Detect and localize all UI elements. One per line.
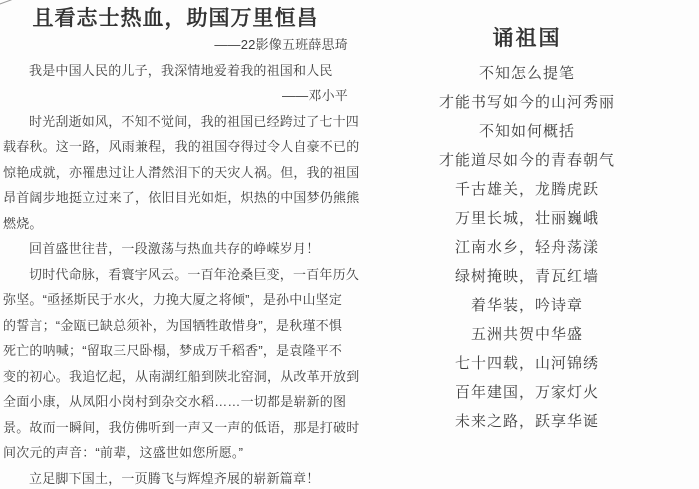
essay-line: 燃烧。 [3,211,348,237]
poem-column: 诵祖国 不知怎么提笔才能书写如今的山河秀丽不知如何概括才能道尽如今的青春朝气千古… [418,25,636,436]
essay-line: 回首盛世往昔，一段激荡与热血共存的峥嵘岁月！ [3,236,348,262]
essay-line: 死亡的呐喊；“留取三尺卧榻，梦成万千稻香”，是袁隆平不 [3,338,348,364]
essay-line: 变的初心。我追忆起，从南湖红船到陕北窑洞，从改革开放到 [3,364,348,390]
document-page: 且看志士热血，助国万里恒昌 ——22影像五班薛思琦 我是中国人民的儿子，我深情地… [0,0,699,489]
essay-column: 且看志士热血，助国万里恒昌 ——22影像五班薛思琦 我是中国人民的儿子，我深情地… [3,5,348,489]
poem-line: 江南水乡，轻舟荡漾 [418,233,636,262]
essay-line: 全面小康，从凤阳小岗村到杂交水稻……一切都是崭新的图 [3,389,348,415]
poem-line: 万里长城，壮丽巍峨 [418,204,636,233]
essay-title: 且看志士热血，助国万里恒昌 [3,5,348,32]
essay-line: 切时代命脉，看寰宇风云。一百年沧桑巨变，一百年历久 [3,262,348,288]
essay-line: 惊艳成就，亦罹患过让人潸然泪下的天灾人祸。但，我的祖国 [3,160,348,186]
poem-line: 百年建国，万家灯火 [418,378,636,407]
poem-line: 才能书写如今的山河秀丽 [418,88,636,117]
poem-line: 绿树掩映，青瓦红墙 [418,262,636,291]
poem-line: 五洲共贺中华盛 [418,320,636,349]
poem-title: 诵祖国 [418,25,636,52]
essay-line: 景。故而一瞬间，我仿佛听到一声又一声的低语，那是打破时 [3,415,348,441]
essay-epigraph: 我是中国人民的儿子，我深情地爱着我的祖国和人民 [3,58,348,84]
poem-line: 着华装，吟诗章 [418,291,636,320]
essay-line: 的誓言；“金瓯已缺总须补，为国牺牲敢惜身”，是秋瑾不惧 [3,313,348,339]
essay-byline: ——22影像五班薛思琦 [3,32,348,58]
poem-body: 不知怎么提笔才能书写如今的山河秀丽不知如何概括才能道尽如今的青春朝气千古雄关，龙… [418,59,636,436]
poem-line: 才能道尽如今的青春朝气 [418,146,636,175]
essay-line: 弥坚。“亟拯斯民于水火，力挽大厦之将倾”，是孙中山坚定 [3,287,348,313]
essay-line: 立足脚下国土，一页腾飞与辉煌齐展的崭新篇章！ [3,466,348,489]
essay-line: 载春秋。这一路，风雨兼程，我的祖国夺得过令人自豪不已的 [3,134,348,160]
essay-line: 时光刮逝如风，不知不觉间，我的祖国已经跨过了七十四 [3,109,348,135]
essay-epigraph-author: ——邓小平 [3,83,348,109]
essay-line: 间次元的声音：“前辈，这盛世如您所愿。” [3,440,348,466]
essay-line: 昂首阔步地挺立过来了，依旧目光如炬，炽热的中国梦仍熊熊 [3,185,348,211]
poem-line: 七十四载，山河锦绣 [418,349,636,378]
essay-body: 时光刮逝如风，不知不觉间，我的祖国已经跨过了七十四载春秋。这一路，风雨兼程，我的… [3,109,348,489]
poem-line: 未来之路，跃享华诞 [418,407,636,436]
poem-line: 千古雄关，龙腾虎跃 [418,175,636,204]
poem-line: 不知怎么提笔 [418,59,636,88]
poem-line: 不知如何概括 [418,117,636,146]
